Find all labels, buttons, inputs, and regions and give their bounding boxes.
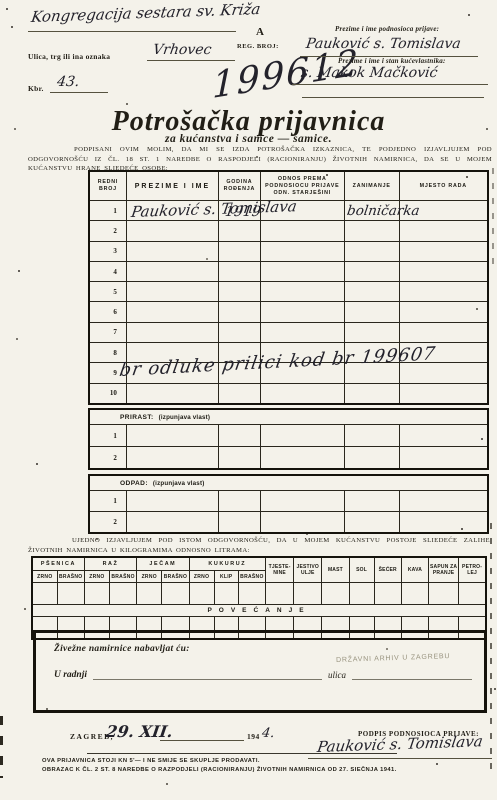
col-secer: ŠEĆER (374, 557, 401, 583)
houseowner-value-handwriting: s. Makok Mačković (300, 65, 439, 81)
povecanje-row: POVEĆANJE (32, 605, 486, 617)
house-number-line (50, 92, 108, 93)
purchase-box: Živežne namirnice nabavljat ću: DRŽAVNI … (33, 630, 487, 713)
col-sapun: SAPUN ZA PRANJE (429, 557, 459, 583)
table-row: 10 (90, 383, 487, 403)
house-number-value-handwriting: 43. (56, 74, 81, 90)
street-field-label: ulica (328, 670, 346, 680)
street-line (147, 60, 235, 61)
page-edge-marks-left (0, 716, 3, 778)
row-number: 5 (90, 282, 127, 301)
year-prefix: 194 (247, 732, 260, 741)
table-row: 7 (90, 322, 487, 342)
row-number: 1 (90, 201, 127, 220)
table-row: 2 (90, 220, 487, 240)
date-handwriting: 29. XII. (105, 722, 174, 741)
table-row: 2 (90, 446, 487, 468)
col-jestivo-ulje: JESTIVO ULJE (294, 557, 322, 583)
odpad-table: ODPAD: (izpunjava vlast) 1 2 (88, 474, 489, 534)
supplies-intro: UJEDNO IZJAVLJUJEM POD ISTOM ODGOVORNOŠĆ… (28, 536, 490, 555)
col-sol: SOL (349, 557, 374, 583)
prirast-sublabel: (izpunjava vlast) (159, 414, 211, 421)
street-label: Ulica, trg ili ina oznaka (28, 52, 110, 61)
row-number: 3 (90, 242, 127, 261)
odpad-sublabel: (izpunjava vlast) (153, 480, 205, 487)
row-number: 2 (90, 221, 127, 240)
subcol-zrno: ZRNO (137, 571, 162, 583)
row-number: 6 (90, 302, 127, 321)
table-row: 2 (90, 511, 487, 532)
subcol-brasno: BRAŠNO (110, 571, 137, 583)
row-number: 4 (90, 262, 127, 281)
signature-line (308, 758, 492, 759)
subcol-zrno: ZRNO (32, 571, 57, 583)
row-number: 2 (90, 447, 127, 468)
row-number: 1 (90, 425, 127, 446)
prirast-table: PRIRAST: (izpunjava vlast) 1 2 (88, 408, 489, 470)
grain-group-jecam: JEČAM (137, 557, 189, 571)
footer-price-note: OVA PRIJAVNICA STOJI KN 5'— I NE SMIJE S… (42, 758, 260, 764)
grain-group-raz: RAŽ (84, 557, 136, 571)
scan-speckles (6, 8, 8, 10)
header-redni-broj: REDNI BROJ (90, 172, 127, 200)
street-field-line (352, 669, 472, 680)
subcol-zrno: ZRNO (189, 571, 214, 583)
applicant-value-handwriting: Pauković s. Tomislava (305, 36, 462, 52)
footer-form-note: OBRAZAC K ČL. 2 ST. 8 NAREDBE O RAZPODJE… (42, 767, 397, 773)
row-number: 1 (90, 491, 127, 511)
org-name-line (28, 31, 236, 32)
houseowner-line (292, 84, 488, 85)
archive-stamp: DRŽAVNI ARHIV U ZAGREBU (336, 653, 451, 664)
date-line (160, 740, 244, 741)
supplies-table: PŠENICA RAŽ JEČAM KUKURUZ TJESTE- NINE J… (31, 556, 487, 640)
row-number: 10 (90, 384, 127, 403)
birth-year-handwriting: 1919 (224, 204, 262, 220)
header-odnos: ODNOS PREMA PODNOSIOCU PRIJAVE ODN. STAR… (261, 172, 345, 200)
subcol-zrno: ZRNO (84, 571, 109, 583)
house-number-label: Kbr. (28, 84, 44, 93)
grain-group-kukuruz: KUKURUZ (189, 557, 265, 571)
year-handwriting: 4. (261, 726, 276, 741)
page-edge-marks-right-upper (492, 168, 494, 268)
reg-number-line (302, 97, 484, 98)
subcol-klip: KLIP (214, 571, 238, 583)
col-mast: MAST (322, 557, 349, 583)
scanned-form-page: Kongregacija sestara sv. Križa Ulica, tr… (0, 0, 497, 800)
header-godina-rodjenja: GODINA ROĐENJA (219, 172, 261, 200)
prirast-label: PRIRAST: (120, 414, 154, 421)
household-table: REDNI BROJ PREZIME I IME GODINA ROĐENJA … (88, 170, 489, 405)
applicant-label: Prezime i ime podnosioca prijave: (335, 25, 439, 33)
street-value-handwriting: Vrhovec (152, 42, 213, 58)
col-kava: KAVA (401, 557, 428, 583)
table-row: 1 (90, 491, 487, 511)
org-name-handwriting: Kongregacija sestara sv. Križa (30, 0, 262, 26)
houseowner-label: Prezime i ime i stan kućevlastnika: (338, 57, 446, 65)
section-letter: A (256, 26, 264, 38)
grain-group-psenica: PŠENICA (32, 557, 84, 571)
shop-label: U radnji (54, 670, 87, 680)
subcol-brasno: BRAŠNO (57, 571, 84, 583)
col-tjestenine: TJESTE- NINE (266, 557, 294, 583)
table-row: 6 (90, 301, 487, 321)
page-edge-marks-right (490, 523, 492, 773)
header-mjesto-rada: MJESTO RADA (400, 172, 487, 200)
form-subtitle: za kućanstva i samce — samice. (0, 133, 497, 145)
header-zanimanje: ZANIMANJE (345, 172, 400, 200)
header-prezime-ime: PREZIME I IME (127, 172, 219, 200)
shop-name-line (93, 669, 322, 680)
table-row: 4 (90, 261, 487, 281)
occupation-handwriting: bolničarka (346, 203, 421, 219)
table-row: 5 (90, 281, 487, 301)
odpad-label: ODPAD: (120, 480, 148, 487)
supplies-entry-row (32, 583, 486, 605)
col-petrolej: PETRO- LEJ (459, 557, 486, 583)
subcol-brasno: BRAŠNO (238, 571, 265, 583)
reg-broj-label: REG. BROJ: (237, 43, 279, 50)
purchase-box-title: Živežne namirnice nabavljat ću: (54, 644, 190, 654)
row-number: 7 (90, 323, 127, 342)
table-row: 3 (90, 241, 487, 261)
table-row: 1 (90, 425, 487, 446)
footer-rule (87, 753, 397, 754)
subcol-brasno: BRAŠNO (162, 571, 189, 583)
row-number: 2 (90, 512, 127, 532)
